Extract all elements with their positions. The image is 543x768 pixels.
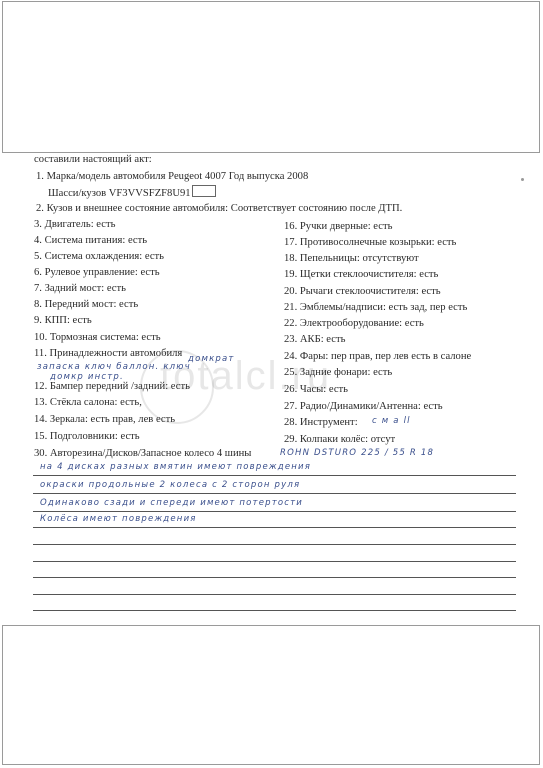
- ruled-line: [33, 493, 516, 494]
- left-item: 15. Подголовники: есть: [34, 430, 140, 443]
- ruled-line: [33, 527, 516, 528]
- bottom-blank-frame: [2, 625, 540, 765]
- handwriting-item11-b: запаска ключ баллон. ключ: [37, 362, 191, 372]
- handwriting-line: Колёса имеют повреждения: [40, 514, 197, 524]
- left-item: 13. Стёкла салона: есть,: [34, 396, 142, 409]
- left-item: 3. Двигатель: есть: [34, 218, 115, 231]
- left-item: 6. Рулевое управление: есть: [34, 266, 160, 279]
- item-1-chassis: Шасси/кузов VF3VVSFZF8U91: [48, 185, 216, 200]
- left-item: 12. Бампер передний /задний: есть: [34, 380, 190, 393]
- ruled-line: [33, 610, 516, 611]
- right-item: 22. Электрооборудование: есть: [284, 317, 424, 330]
- right-item: 18. Пепельницы: отсутствуют: [284, 252, 419, 265]
- right-item: 19. Щетки стеклоочистителя: есть: [284, 268, 438, 281]
- handwriting-item11-a: домкрат: [188, 354, 235, 364]
- ruled-line: [33, 577, 516, 578]
- handwriting-line: Одинаково сзади и спереди имеют потертос…: [40, 498, 303, 508]
- left-item: 10. Тормозная система: есть: [34, 331, 161, 344]
- right-item: 16. Ручки дверные: есть: [284, 220, 392, 233]
- right-item: 24. Фары: пер прав, пер лев есть в салон…: [284, 350, 471, 363]
- item-1-make-model: 1. Марка/модель автомобиля Peugeot 4007 …: [36, 170, 308, 183]
- handwriting-item28: с м а ll: [372, 416, 411, 426]
- handwriting-line: окраски продольные 2 колеса с 2 сторон р…: [40, 480, 300, 490]
- chassis-blank-box: [192, 185, 216, 197]
- top-blank-frame: [2, 1, 540, 153]
- scan-dot: [521, 178, 524, 181]
- right-item: 27. Радио/Динамики/Антенна: есть: [284, 400, 443, 413]
- left-item: 11. Принадлежности автомобиля: [34, 347, 182, 360]
- left-item: 8. Передний мост: есть: [34, 298, 138, 311]
- left-item: 4. Система питания: есть: [34, 234, 147, 247]
- intro-text: составили настоящий акт:: [34, 153, 152, 166]
- left-item: 14. Зеркала: есть прав, лев есть: [34, 413, 175, 426]
- right-item: 28. Инструмент:: [284, 416, 358, 429]
- ruled-line: [33, 475, 516, 476]
- item-30-tires: 30. Авторезина/Дисков/Запасное колесо 4 …: [34, 447, 251, 460]
- item-2-body: 2. Кузов и внешнее состояние автомобиля:…: [36, 202, 402, 215]
- right-item: 29. Колпаки колёс: отсут: [284, 433, 395, 446]
- left-item: 9. КПП: есть: [34, 314, 92, 327]
- ruled-line: [33, 544, 516, 545]
- chassis-label: Шасси/кузов VF3VVSFZF8U91: [48, 188, 191, 199]
- left-item: 5. Система охлаждения: есть: [34, 250, 164, 263]
- left-item: 7. Задний мост: есть: [34, 282, 126, 295]
- ruled-line: [33, 594, 516, 595]
- right-item: 23. АКБ: есть: [284, 333, 345, 346]
- ruled-line: [33, 561, 516, 562]
- right-item: 20. Рычаги стеклоочистителя: есть: [284, 285, 441, 298]
- handwriting-line: на 4 дисках разных вмятин имеют поврежде…: [40, 462, 311, 472]
- right-item: 21. Эмблемы/надписи: есть зад, пер есть: [284, 301, 467, 314]
- right-item: 26. Часы: есть: [284, 383, 348, 396]
- ruled-line: [33, 511, 516, 512]
- right-item: 17. Противосолнечные козырьки: есть: [284, 236, 456, 249]
- handwriting-item30-head: ROHN DSTURO 225 / 55 R 18: [280, 448, 434, 458]
- right-item: 25. Задние фонари: есть: [284, 366, 392, 379]
